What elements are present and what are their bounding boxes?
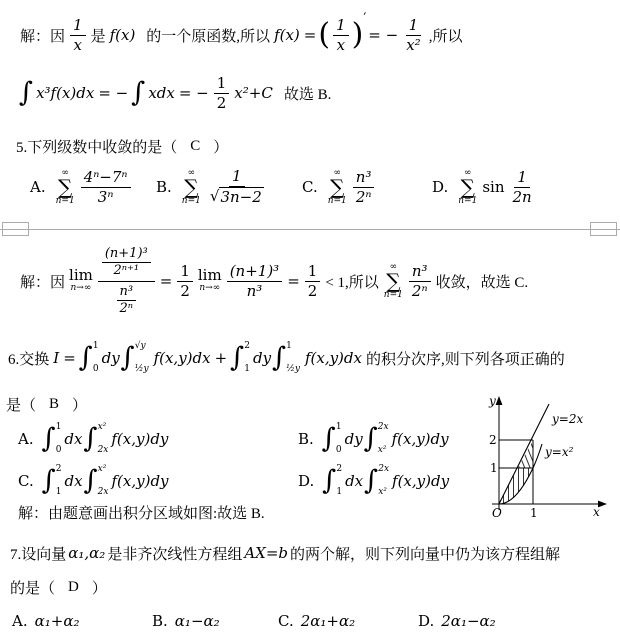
question-text: 是非齐次线性方程组 <box>107 543 242 564</box>
sum-lower-limit: n=1 <box>182 197 201 206</box>
math-fraction: (n+1)³ n³ <box>227 262 283 301</box>
denominator: 2ⁿ <box>409 282 431 301</box>
lim-word: lim <box>198 268 222 284</box>
text-run: < 1,所以 <box>325 271 378 292</box>
math-expression: f(x,y)dx <box>154 349 211 367</box>
integral-lower-limit: 2x <box>98 488 109 497</box>
sum-icon: ∑ <box>184 178 198 197</box>
y-tick-1: 1 <box>490 461 498 475</box>
integral-upper-limit: x² <box>98 465 109 474</box>
line-y2x-label: y=2x <box>551 412 583 426</box>
math-expression: dy <box>102 349 120 367</box>
math-expression: dx <box>65 472 83 490</box>
math-fraction: 1 √ 3n−2 <box>207 167 267 207</box>
integral-icon: ∫ <box>79 346 93 370</box>
option-D: D. 2α₁−α₂ <box>418 604 496 638</box>
question5-options: A. ∞ ∑ n=1 4ⁿ−7ⁿ 3ⁿ B. ∞ ∑ n=1 1 √ 3n−2 <box>0 156 620 218</box>
integral-icon: ∫ <box>230 346 244 370</box>
math-fraction: 1 x <box>333 16 349 55</box>
option-label: D. <box>298 472 314 490</box>
question-text: 是（ <box>6 394 36 415</box>
denominator: 2 <box>305 282 321 301</box>
sum-operator: ∞ ∑ n=1 <box>458 169 477 206</box>
integral-icon: ∫ <box>272 346 286 370</box>
math-fraction: 1 2 <box>214 74 230 113</box>
question7-options: A. α₁+α₂ B. α₁−α₂ C. 2α₁+α₂ D. 2α₁−α₂ <box>0 604 620 638</box>
option-label: C. <box>18 472 34 490</box>
integral-upper-limit: 2 <box>244 342 250 351</box>
sum-operator: ∞ ∑ n=1 <box>328 169 347 206</box>
integral-operator: ∫ 2xx² <box>364 465 391 497</box>
integral-operator: ∫ <box>131 81 145 105</box>
integral-operator: ∫ 10 <box>42 423 64 455</box>
integral-operator: ∫ 21 <box>322 465 344 497</box>
math-fraction: 1 x <box>70 16 86 55</box>
numerator: n³ <box>117 284 137 301</box>
integral-lower-limit: x² <box>378 488 389 497</box>
sum-icon: ∑ <box>330 178 344 197</box>
denominator: 2ⁿ <box>353 188 375 207</box>
math-expression: x³f(x)dx <box>36 84 94 102</box>
text-run: 解：由题意画出积分区域如图:故选 B. <box>18 502 265 523</box>
limit-operator: lim n→∞ <box>198 268 222 293</box>
integral-lower-limit: ½y <box>286 365 300 374</box>
option-label: A. <box>30 178 46 196</box>
math-expression: α₁,α₂ <box>68 544 105 562</box>
integral-icon: ∫ <box>84 469 98 493</box>
sum-operator: ∞ ∑ n=1 <box>384 263 403 300</box>
x-tick-1: 1 <box>530 506 538 520</box>
integral-upper-limit: 1 <box>336 423 342 432</box>
math-expression: 2α₁+α₂ <box>301 612 355 630</box>
integral-lower-limit: 1 <box>244 365 250 374</box>
numerator: 1 <box>229 167 245 187</box>
text-run: 是 <box>91 25 106 46</box>
text-run: 收敛，故选 C. <box>436 271 529 292</box>
y-axis-arrow-icon <box>496 396 503 405</box>
option-C: C. ∞ ∑ n=1 n³ 2ⁿ <box>302 156 377 218</box>
origin-label: O <box>492 506 502 520</box>
math-expression: f(x,y)dy <box>111 472 168 490</box>
integral-lower-limit: 1 <box>336 488 342 497</box>
math-expression: f(x) <box>110 26 136 44</box>
numerator: 4ⁿ−7ⁿ <box>81 168 131 188</box>
text-run: ,所以 <box>429 25 463 46</box>
numerator: (n+1)³ <box>102 246 151 263</box>
integral-lower-limit: 2x <box>98 446 109 455</box>
integral-upper-limit: 2 <box>336 465 342 474</box>
x-axis-label: x <box>593 505 600 519</box>
math-fraction: 1 2 <box>305 262 321 301</box>
equals-sign: = <box>304 26 317 44</box>
math-fraction: n³ 2ⁿ <box>117 284 137 318</box>
math-expression: 2α₁−α₂ <box>441 612 495 630</box>
question-text: ） <box>213 136 228 157</box>
integral-operator: ∫ 2xx² <box>364 423 391 455</box>
math-expression: AX=b <box>244 544 288 562</box>
answer-letter: D <box>68 579 79 596</box>
math-expression: dx <box>345 472 363 490</box>
radicand: 3n−2 <box>219 187 263 207</box>
hatched-region-upper <box>518 440 533 468</box>
integral-icon: ∫ <box>322 469 336 493</box>
numerator: 1 <box>406 16 422 36</box>
integral-lower-limit: ½y <box>135 365 149 374</box>
math-expression: f(x,y)dy <box>392 472 449 490</box>
question-text: ） <box>72 394 87 415</box>
integral-icon: ∫ <box>131 81 145 105</box>
numerator: 1 <box>70 16 86 36</box>
numerator: (n+1)³ <box>227 262 283 282</box>
integral-upper-limit: 2x <box>378 465 389 474</box>
y-tick-2: 2 <box>489 433 497 447</box>
option-A: A. α₁+α₂ <box>12 604 79 638</box>
text-run: 故选 B. <box>284 83 332 104</box>
y-axis-label: y <box>488 394 496 408</box>
integral-lower-limit: 1 <box>56 488 62 497</box>
math-fraction: (n+1)³ 2ⁿ⁺¹ <box>102 246 151 280</box>
option-C: C. 2α₁+α₂ <box>278 604 355 638</box>
page-break-line <box>0 229 620 230</box>
option-label: D. <box>418 612 434 630</box>
integral-icon: ∫ <box>364 469 378 493</box>
sin-function: sin <box>482 178 504 196</box>
math-expression: dy <box>253 349 271 367</box>
left-paren: ( <box>318 23 330 47</box>
text-run: 解：因 <box>20 25 65 46</box>
sum-icon: ∑ <box>461 178 475 197</box>
math-fraction: 4ⁿ−7ⁿ 3ⁿ <box>81 168 131 207</box>
integral-lower-limit: 0 <box>336 446 342 455</box>
equals-sign: = <box>287 272 300 290</box>
integral-upper-limit: 1 <box>93 342 99 351</box>
math-fraction: n³ 2ⁿ <box>409 262 431 301</box>
option-label: D. <box>432 178 448 196</box>
solution4-line1: 解：因 1 x 是 f(x) 的一个原函数,所以 f(x) = ( 1 x ) … <box>18 8 464 62</box>
question-text: ） <box>92 577 107 598</box>
integral-icon: ∫ <box>121 346 135 370</box>
denominator: x <box>71 36 85 55</box>
equals-sign: = <box>160 272 173 290</box>
prime-mark: ′ <box>363 11 366 26</box>
equals-minus: = − <box>368 26 398 44</box>
question-text: 7.设向量 <box>10 543 66 564</box>
right-paren: ) <box>352 23 364 47</box>
question7-line1: 7.设向量 α₁,α₂ 是非齐次线性方程组 AX=b 的两个解，则下列向量中仍为… <box>10 540 560 566</box>
question-text: 的两个解，则下列向量中仍为该方程组解 <box>290 543 560 564</box>
math-expression: dy <box>345 430 363 448</box>
denominator: 3ⁿ <box>95 188 117 207</box>
sqrt-expression: √ 3n−2 <box>210 187 264 207</box>
option-B: B. ∫ 10 dy ∫ 2xx² f(x,y)dy <box>298 416 449 462</box>
math-fraction: 1 x² <box>403 16 423 55</box>
limit-subscript: n→∞ <box>199 284 220 293</box>
integral-operator: ∫ 21 <box>42 465 64 497</box>
integral-icon: ∫ <box>322 427 336 451</box>
option-D: D. ∞ ∑ n=1 sin 1 2n <box>432 156 538 218</box>
math-expression: f(x,y)dy <box>111 430 168 448</box>
integral-icon: ∫ <box>364 427 378 451</box>
option-label: C. <box>278 612 294 630</box>
math-expression: f(x,y)dx <box>305 349 362 367</box>
denominator: n³ 2ⁿ <box>113 282 141 319</box>
sum-operator: ∞ ∑ n=1 <box>182 169 201 206</box>
denominator: √ 3n−2 <box>207 187 267 207</box>
math-expression: f(x,y)dy <box>392 430 449 448</box>
denominator: 2n <box>510 188 535 207</box>
option-C: C. ∫ 21 dx ∫ x²2x f(x,y)dy <box>18 458 169 504</box>
numerator: 1 <box>333 16 349 36</box>
option-label: B. <box>152 612 168 630</box>
math-fraction: 1 2 <box>177 262 193 301</box>
numerator: n³ <box>409 262 431 282</box>
option-B: B. ∞ ∑ n=1 1 √ 3n−2 <box>156 156 270 218</box>
sum-icon: ∑ <box>58 178 72 197</box>
integral-operator: ∫ 10 <box>322 423 344 455</box>
numerator: 1 <box>214 74 230 94</box>
integral-operator: ∫ 21 <box>230 342 252 374</box>
option-A: A. ∞ ∑ n=1 4ⁿ−7ⁿ 3ⁿ <box>30 156 134 218</box>
curve-yx2-label: y=x² <box>544 445 574 459</box>
integral-lower-limit: 0 <box>56 446 62 455</box>
numerator: n³ <box>353 168 375 188</box>
integral-upper-limit: 2 <box>56 465 62 474</box>
option-B: B. α₁−α₂ <box>152 604 220 638</box>
answer-letter: B <box>49 396 59 413</box>
solution6-line: 解：由题意画出积分区域如图:故选 B. <box>18 500 265 524</box>
integral-operator: ∫ x²2x <box>83 423 110 455</box>
denominator: 2 <box>214 94 230 113</box>
equals-sign: = <box>63 349 76 367</box>
math-fraction: n³ 2ⁿ <box>353 168 375 207</box>
denominator: 2 <box>177 282 193 301</box>
answer-letter: C <box>190 138 200 155</box>
integral-upper-limit: 2x <box>378 423 389 432</box>
integral-icon: ∫ <box>19 81 33 105</box>
question-text: 6.交换 <box>8 348 49 369</box>
math-expression: α₁+α₂ <box>35 612 80 630</box>
integral-lower-limit: x² <box>378 446 389 455</box>
question6-line1: 6.交换 I = ∫ 10 dy ∫ √y½y f(x,y)dx + ∫ 21 … <box>6 334 567 382</box>
sum-lower-limit: n=1 <box>328 197 347 206</box>
integral-icon: ∫ <box>83 427 97 451</box>
option-label: A. <box>12 612 28 630</box>
option-D: D. ∫ 21 dx ∫ 2xx² f(x,y)dy <box>298 458 449 504</box>
integral-lower-limit: 0 <box>93 365 99 374</box>
denominator: 2ⁿ <box>117 301 137 317</box>
numerator: 1 <box>514 168 530 188</box>
math-expression: dx <box>64 430 82 448</box>
math-fraction: 1 2n <box>510 168 535 207</box>
integral-icon: ∫ <box>42 469 56 493</box>
sum-icon: ∑ <box>386 272 400 291</box>
question-text: 5.下列级数中收敛的是（ <box>16 136 177 157</box>
lim-word: lim <box>69 268 93 284</box>
figure-canvas: y x O 1 1 2 y=2x y=x² <box>486 392 618 534</box>
plus-sign: + <box>215 349 228 367</box>
equals-minus: = − <box>179 84 209 102</box>
integral-upper-limit: √y <box>135 342 149 351</box>
math-expression: xdx <box>148 84 175 102</box>
sum-lower-limit: n=1 <box>458 197 477 206</box>
denominator: x <box>334 36 348 55</box>
integral-upper-limit: 1 <box>56 423 62 432</box>
option-label: B. <box>156 178 172 196</box>
option-label: B. <box>298 430 314 448</box>
solution4-line2: ∫ x³f(x)dx = − ∫ xdx = − 1 2 x²+C 故选 B. <box>18 70 333 116</box>
numerator: (n+1)³ 2ⁿ⁺¹ <box>98 244 155 282</box>
nested-fraction: (n+1)³ 2ⁿ⁺¹ n³ 2ⁿ <box>98 244 155 318</box>
question-text: 的是（ <box>10 577 55 598</box>
question6-line2: 是（ B ） <box>6 392 87 416</box>
integral-upper-limit: x² <box>98 423 109 432</box>
question5-title: 5.下列级数中收敛的是（ C ） <box>16 134 228 158</box>
numerator: 1 <box>305 262 321 282</box>
solution5-line: 解：因 lim n→∞ (n+1)³ 2ⁿ⁺¹ n³ 2ⁿ = 1 2 lim … <box>18 234 530 328</box>
line-y-equals-2x <box>499 404 549 504</box>
integral-upper-limit: 1 <box>286 342 300 351</box>
text-run: 的一个原函数,所以 <box>146 25 270 46</box>
math-expression: α₁−α₂ <box>175 612 220 630</box>
integral-icon: ∫ <box>42 427 56 451</box>
question7-line2: 的是（ D ） <box>10 574 107 600</box>
denominator: 2ⁿ⁺¹ <box>110 263 142 279</box>
integral-operator: ∫ √y½y <box>121 342 151 374</box>
equals-minus: = − <box>98 84 128 102</box>
option-label: C. <box>302 178 318 196</box>
integration-region-figure: y x O 1 1 2 y=2x y=x² <box>486 392 618 534</box>
denominator: n³ <box>244 282 266 301</box>
radical-icon: √ <box>210 187 220 206</box>
integral-operator: ∫ <box>19 81 33 105</box>
integral-operator: ∫ 1½y <box>272 342 302 374</box>
limit-subscript: n→∞ <box>71 284 92 293</box>
sum-operator: ∞ ∑ n=1 <box>56 169 75 206</box>
numerator: 1 <box>177 262 193 282</box>
option-A: A. ∫ 10 dx ∫ x²2x f(x,y)dy <box>18 416 168 462</box>
math-expression: f(x) <box>274 26 300 44</box>
math-expression: x²+C <box>234 84 273 102</box>
question-text: 的积分次序,则下列各项正确的 <box>366 348 565 369</box>
sum-lower-limit: n=1 <box>384 291 403 300</box>
page-break-marker-right <box>590 222 617 236</box>
math-expression: I <box>53 349 59 367</box>
denominator: x² <box>403 36 423 55</box>
integral-operator: ∫ x²2x <box>84 465 111 497</box>
sum-lower-limit: n=1 <box>56 197 75 206</box>
integral-operator: ∫ 10 <box>79 342 101 374</box>
document-page: { "page": { "bg": "#ffffff", "text_color… <box>0 0 620 640</box>
hatched-region-lower <box>499 468 533 504</box>
option-label: A. <box>18 430 34 448</box>
limit-operator: lim n→∞ <box>69 268 93 293</box>
text-run: 解：因 <box>20 271 65 292</box>
